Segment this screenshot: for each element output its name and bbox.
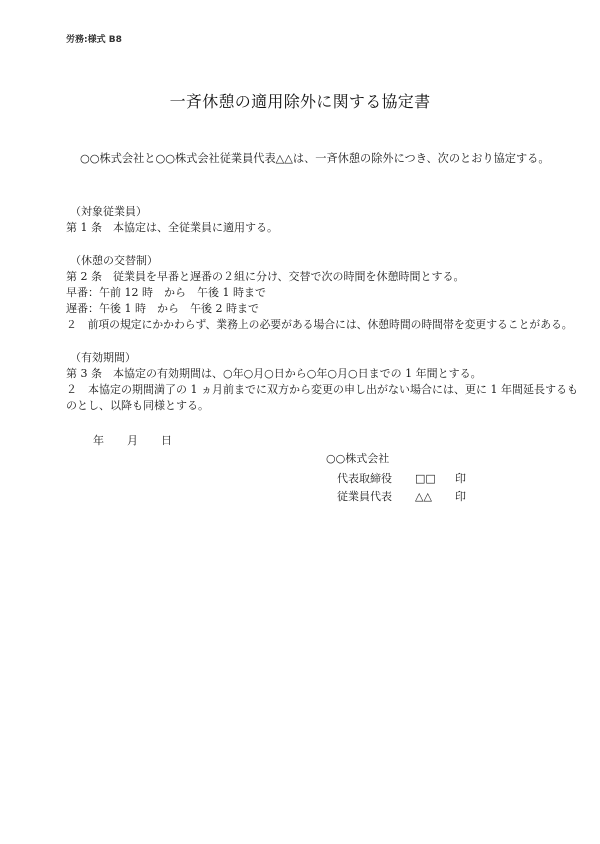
signature-name-director: □□ [415,471,436,487]
form-id-label: 労務:様式 B8 [66,32,122,45]
article-3: 第 3 条 本協定の有効期間は、○年○月○日から○年○月○日までの 1 年間とす… [66,366,482,382]
article-3-paragraph-2-cont: のとし、以降も同様とする。 [66,398,209,414]
intro-paragraph: ○○株式会社と○○株式会社従業員代表△△は、一斉休憩の除外につき、次のとおり協定… [80,151,550,167]
late-shift-line: 遅番：午後 1 時 から 午後 2 時まで [66,301,259,317]
article-3-paragraph-2: ２ 本協定の期間満了の 1 ヵ月前までに双方から変更の申し出がない場合には、更に… [66,382,578,398]
seal-mark-director: 印 [455,471,466,487]
early-shift-line: 早番：午前 12 時 から 午後 1 時まで [66,285,266,301]
section-heading-validity-period: （有効期間） [70,350,136,366]
signature-role-representative-director: 代表取締役 [337,471,392,487]
article-2: 第 2 条 従業員を早番と遅番の２組に分け、交替で次の時間を休憩時間とする。 [66,269,465,285]
seal-mark-employee-rep: 印 [455,489,466,505]
document-title: 一斉休憩の適用除外に関する協定書 [0,89,600,112]
article-1: 第 1 条 本協定は、全従業員に適用する。 [66,220,278,236]
date-month-label: 月 [127,433,138,449]
signature-company: ○○株式会社 [326,451,389,467]
article-2-paragraph-2: ２ 前項の規定にかかわらず、業務上の必要がある場合には、休憩時間の時間帯を変更す… [66,317,573,333]
signature-name-employee-rep: △△ [415,489,432,505]
date-day-label: 日 [161,433,172,449]
section-heading-target-employees: （対象従業員） [70,204,147,220]
date-year-label: 年 [93,433,104,449]
section-heading-break-rotation: （休憩の交替制） [70,253,158,269]
signature-role-employee-representative: 従業員代表 [337,489,392,505]
